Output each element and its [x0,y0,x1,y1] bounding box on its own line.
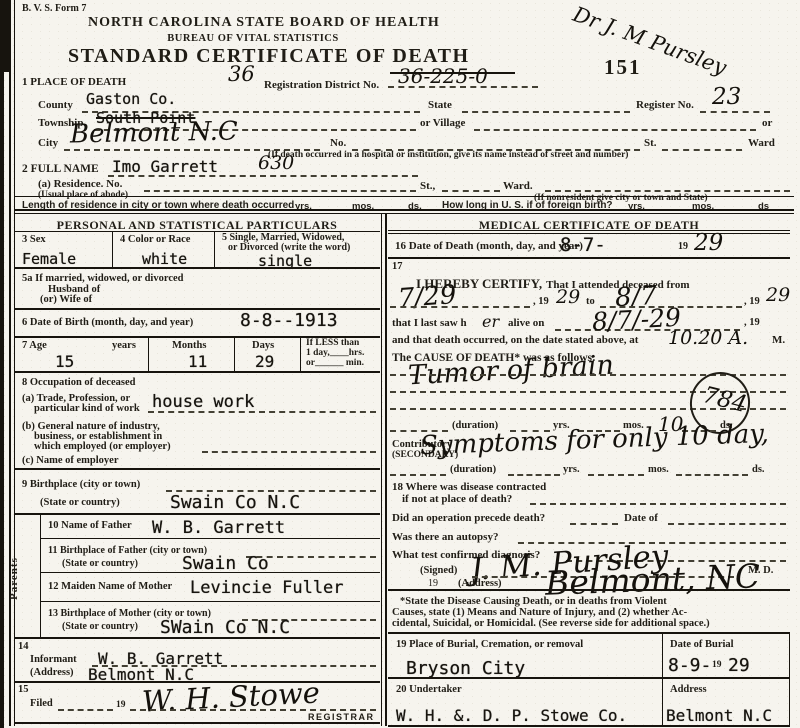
mother-birthplace-value: SWain Co N.C [160,617,290,638]
rule-burial-middle [388,677,790,679]
doctor-annotation: Dr J. M Pursley [570,2,730,80]
center-divider-left [381,214,382,726]
or-village-label: or Village [420,117,465,129]
registrar-label: REGISTRAR [308,712,375,722]
registration-district-label: Registration District No. [264,79,379,91]
attended-19b: , 19 [744,296,760,307]
months-value: 11 [188,352,207,371]
section-17-label: 17 [392,261,403,272]
org-title: NORTH CAROLINA STATE BOARD OF HEALTH [88,15,418,31]
occupation-a-value: house work [152,392,254,412]
last-saw-er: er [482,312,499,331]
death-occurred-text: and that death occurred, on the date sta… [392,334,638,346]
sex-label: 3 Sex [22,234,46,245]
attended-year1: 29 [556,286,580,308]
mother-birthplace-state-label: (State or country) [62,621,138,632]
parents-vertical-label: Parents [8,557,20,600]
age-label: 7 Age [22,340,47,351]
divider-age-months [148,336,149,371]
occupation-a-line2: particular kind of work [34,403,140,414]
occupation-b-line3: which employed (or employer) [34,441,171,452]
occupation-label: 8 Occupation of deceased [22,377,135,388]
burial-place-label: 19 Place of Burial, Cremation, or remova… [396,639,583,650]
birthplace-label: 9 Birthplace (city or town) [22,479,140,490]
village-dashes [474,129,756,131]
less-line3: or______ min. [306,358,364,368]
rule-double-top [14,209,794,211]
date-of-death-year: 29 [694,230,723,256]
abode-note: (Usual place of abode) [38,190,128,200]
rule-double-bottom [14,213,794,214]
filed-sig-dashes [130,709,376,711]
rule-above-footnote [388,589,790,591]
s5a-line1: 5a If married, widowed, or divorced [22,273,183,284]
divider-race-marital [214,231,215,267]
register-no-label: Register No. [636,99,694,111]
district-prefix-handwritten: 36 [228,62,255,86]
full-name-annotation: 630 [258,152,294,174]
scan-edge-left [0,0,4,728]
footnote-line2: Causes, state (1) Means and Nature of In… [392,607,687,618]
attended-to-label: to [586,296,595,307]
residence-ward-label: Ward. [503,180,533,192]
rule-under-occupation [14,468,380,470]
father-birthplace-state-label: (State or country) [62,558,138,569]
date-of-death-label: 16 Date of Death (month, day, and year) [395,240,583,252]
death-time-value: 10.20 A. [668,327,748,349]
date-of-death-19: 19 [678,241,688,252]
date-of-death-value: 8-7- [560,234,606,256]
death-certificate-scan: B. V. S. Form 7 NORTH CAROLINA STATE BOA… [0,0,800,728]
father-name-value: W. B. Garrett [152,518,285,538]
city-no-label: No. [330,137,346,149]
divider-days-less [300,336,301,371]
county-label: County [38,99,73,111]
dur2-lead-dashes [390,474,446,476]
mother-name-value: Levincie Fuller [190,578,344,598]
burial-border-right [789,632,790,726]
full-name-dashes [108,175,418,177]
undertaker-label: 20 Undertaker [396,684,462,695]
city-st-label: St. [644,137,657,149]
rule-under-age [14,371,380,373]
dur2-dashes-c [676,474,748,476]
register-dashes [700,111,770,113]
dur2-dashes-b [588,474,644,476]
icd-code-value: 784 [700,382,749,418]
footnote-line3: cidental, Suicidal, or Homicidal. (See r… [392,618,710,629]
operation-date-dashes [668,523,786,525]
s5a-line3: (or) Wife of [40,294,92,305]
birthplace-value: Swain Co N.C [170,492,300,513]
undertaker-address-value: Belmont N.C [666,706,772,725]
burial-date-year: 29 [728,655,750,676]
form-border-left-outer [9,0,11,726]
mother-name-label: 12 Maiden Name of Mother [48,581,172,592]
city-ward-label: Ward [748,137,775,149]
dur2-dashes-a [508,474,560,476]
operation-date-label: Date of [624,512,658,524]
sex-value: Female [22,250,76,268]
burial-date-19: 19 [712,660,722,670]
disease-contracted-line1: 18 Where was disease contracted [392,481,546,493]
dur2-yrs: yrs. [563,464,580,475]
section-1-label: 1 PLACE OF DEATH [22,76,126,88]
burial-place-value: Bryson City [406,658,525,679]
filed-dashes [58,709,113,711]
operation-dashes [570,523,618,525]
rule-burial-bottom [388,725,790,727]
residence-no-dashes [144,190,416,192]
rule-under-mother [40,601,380,602]
father-birthplace-value: Swain Co [182,553,269,574]
undertaker-value: W. H. &. D. P. Stowe Co. [396,706,627,725]
dob-label: 6 Date of Birth (month, day, and year) [22,317,193,328]
rule-under-parents [14,637,380,639]
form-border-left-inner [14,0,15,726]
rule-left-bottom [14,722,380,724]
attended-from-value: 7/29 [397,280,457,314]
filed-section: 15 [18,684,29,695]
city-value: Belmont N.C [70,117,238,150]
operation-label: Did an operation precede death? [392,512,545,524]
informant-section: 14 [18,641,29,652]
state-label: State [428,99,452,111]
rule-under-father [40,538,380,539]
dur2-mos: mos. [648,464,669,475]
dob-value: 8-8--1913 [240,310,338,331]
address-label: (Address) [458,578,502,589]
full-name-value: Imo Garrett [112,157,218,176]
registration-district-value: 36-225-0 [398,64,488,88]
full-name-label: 2 FULL NAME [22,163,99,175]
rule-burial-top [388,632,790,634]
city-label: City [38,137,58,149]
attended-year2: 29 [766,284,790,306]
center-divider-right [385,214,387,726]
days-value: 29 [255,352,274,371]
burial-date-label: Date of Burial [670,639,734,650]
rule-right-header-1 [388,230,790,231]
filed-label: Filed [30,698,53,709]
divider-sex-race [112,231,113,267]
undertaker-address-label: Address [670,684,707,695]
city-ward-dashes [662,149,742,151]
divider-months-days [234,336,235,371]
footnote-line1: *State the Disease Causing Death, or in … [400,596,667,607]
rule-under-sex-row [14,267,380,269]
disease-contracted-line2: if not at place of death? [402,493,512,505]
attended-19a: , 19 [533,296,549,307]
residence-label: (a) Residence. No. [38,178,122,190]
rule-under-birthplace [14,513,380,515]
rule-under-dod [388,257,790,259]
autopsy-label: Was there an autopsy? [392,531,498,543]
age-value: 15 [55,352,74,371]
certificate-title: STANDARD CERTIFICATE OF DEATH [68,45,448,68]
burial-date-value: 8-9- [668,655,711,676]
register-no-value: 23 [712,84,741,110]
occupation-b-dashes [202,451,376,453]
rule-under-father-bp [40,572,380,573]
birthplace-state-label: (State or country) [40,497,120,508]
dur2-ds: ds. [752,464,765,475]
parents-divider [40,513,41,637]
days-label: Days [252,340,274,351]
months-label: Months [172,340,206,351]
burial-divider-vertical [662,632,663,726]
occupation-c-label: (c) Name of employer [22,455,119,466]
last-saw-text-1: that I last saw h [392,317,467,329]
less-line1: If LESS than [306,338,359,348]
informant-address-label: (Address) [30,667,74,678]
rule-length-top [14,196,794,197]
last-saw-text-2: alive on [508,317,544,329]
occupation-a-dashes [148,411,376,413]
hospital-note: (If death occurred in a hospital or inst… [268,150,628,160]
less-line2: 1 day,____hrs. [306,348,364,358]
informant-label: Informant [30,654,77,665]
dur2-label: (duration) [450,464,496,475]
county-value: Gaston Co. [86,90,176,108]
residence-ward-dashes [442,190,500,192]
race-value: white [142,250,187,268]
father-name-label: 10 Name of Father [48,520,132,531]
bureau-subtitle: BUREAU OF VITAL STATISTICS [88,33,418,44]
race-label: 4 Color or Race [120,234,190,245]
death-time-m-label: M. [772,334,785,346]
or-label: or [762,117,772,129]
disease-contracted-dashes [530,503,786,505]
form-number: B. V. S. Form 7 [22,3,86,14]
state-dashes [462,111,630,113]
s19-small-label: 19 [428,578,438,589]
residence-st-label: St., [420,180,435,192]
attended-from-dashes [390,306,530,308]
signed-label: (Signed) [420,565,457,576]
age-years-label: years [112,340,136,351]
stamp-number: 151 [604,55,642,80]
filed-19-label: 19 [116,700,126,710]
residence-tail-dashes [545,190,790,192]
